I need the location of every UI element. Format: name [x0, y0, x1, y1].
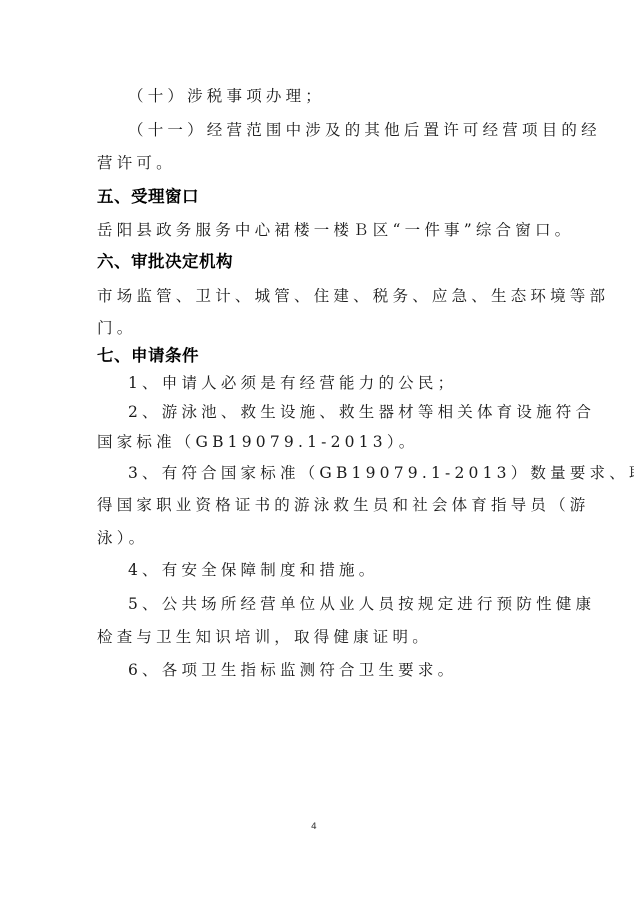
condition-4: 4、有安全保障制度和措施。	[128, 560, 543, 580]
approval-agencies-text: 市场监管、卫计、城管、住建、税务、应急、生态环境等部	[97, 286, 543, 306]
acceptance-window-text: 岳阳县政务服务中心裙楼一楼Ｂ区“一件事”综合窗口。	[97, 220, 543, 240]
condition-3-cont: 得国家职业资格证书的游泳救生员和社会体育指导员（游	[97, 495, 543, 515]
condition-2: 2、游泳池、救生设施、救生器材等相关体育设施符合	[128, 402, 543, 422]
condition-5: 5、公共场所经营单位从业人员按规定进行预防性健康	[128, 594, 543, 614]
condition-1: 1、申请人必须是有经营能力的公民；	[128, 373, 543, 393]
section-heading-7: 七、申请条件	[97, 346, 543, 366]
list-item-11: （十一）经营范围中涉及的其他后置许可经营项目的经	[128, 120, 543, 140]
page-number: 4	[311, 822, 317, 832]
approval-agencies-text-cont: 门。	[97, 318, 543, 338]
list-item-10: （十）涉税事项办理；	[128, 86, 543, 106]
condition-6: 6、各项卫生指标监测符合卫生要求。	[128, 660, 543, 680]
list-item-11-cont: 营许可。	[97, 153, 543, 173]
section-heading-6: 六、审批决定机构	[97, 252, 543, 272]
condition-3-cont-2: 泳）。	[97, 528, 543, 548]
condition-2-cont: 国家标准（GB19079.1-2013）。	[97, 432, 543, 452]
condition-5-cont: 检查与卫生知识培训，取得健康证明。	[97, 627, 543, 647]
condition-3: 3、有符合国家标准（GB19079.1-2013）数量要求、取	[128, 463, 543, 483]
section-heading-5: 五、受理窗口	[97, 187, 543, 207]
